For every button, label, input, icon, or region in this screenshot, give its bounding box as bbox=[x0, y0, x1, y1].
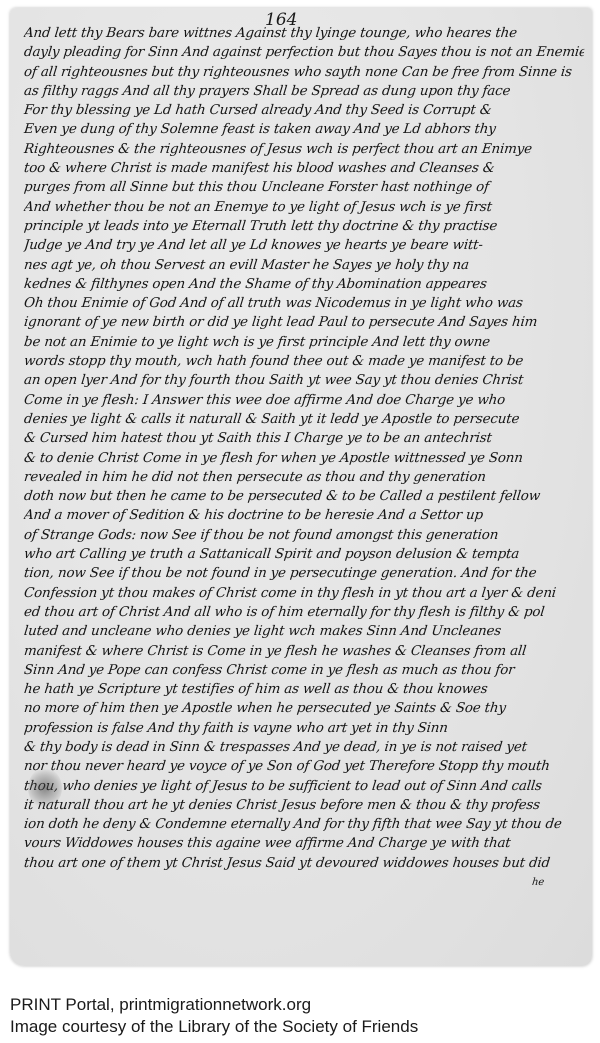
manuscript-line: as filthy raggs And all thy prayers Shal… bbox=[23, 82, 585, 101]
manuscript-line: vours Widdowes houses this againe wee af… bbox=[23, 834, 585, 853]
manuscript-line: an open lyer And for thy fourth thou Sai… bbox=[23, 371, 585, 390]
manuscript-line: luted and uncleane who denies ye light w… bbox=[23, 622, 585, 641]
manuscript-line: be not an Enimie to ye light wch is ye f… bbox=[23, 333, 585, 352]
caption-courtesy-line: Image courtesy of the Library of the Soc… bbox=[10, 1016, 595, 1038]
manuscript-line: too & where Christ is made manifest his … bbox=[23, 159, 585, 178]
manuscript-line: & Cursed him hatest thou yt Saith this I… bbox=[23, 429, 585, 448]
manuscript-line: Come in ye flesh: I Answer this wee doe … bbox=[23, 391, 585, 410]
manuscript-line: no more of him then ye Apostle when he p… bbox=[23, 699, 585, 718]
manuscript-line: who art Calling ye truth a Sattanicall S… bbox=[23, 545, 585, 564]
manuscript-line: denies ye light & calls it naturall & Sa… bbox=[23, 410, 585, 429]
manuscript-line: Confession yt thou makes of Christ come … bbox=[23, 584, 585, 603]
manuscript-line: Righteousnes & the righteousnes of Jesus… bbox=[23, 140, 585, 159]
manuscript-line: doth now but then he came to be persecut… bbox=[23, 487, 585, 506]
manuscript-line: For thy blessing ye Ld hath Cursed alrea… bbox=[23, 101, 585, 120]
manuscript-line: nes agt ye, oh thou Servest an evill Mas… bbox=[23, 256, 585, 275]
manuscript-line: ion doth he deny & Condemne eternally An… bbox=[23, 815, 585, 834]
manuscript-scan: 164 And lett thy Bears bare wittnes Agai… bbox=[0, 0, 600, 978]
marginal-note: he bbox=[23, 873, 585, 892]
manuscript-line: & to denie Christ Come in ye flesh for w… bbox=[23, 449, 585, 468]
manuscript-line: he hath ye Scripture yt testifies of him… bbox=[23, 680, 585, 699]
manuscript-text: And lett thy Bears bare wittnes Against … bbox=[24, 24, 584, 892]
manuscript-page: 164 And lett thy Bears bare wittnes Agai… bbox=[10, 8, 592, 966]
manuscript-line: thou art one of them yt Christ Jesus Sai… bbox=[23, 854, 585, 873]
manuscript-line: of all righteousnes but thy righteousnes… bbox=[23, 63, 585, 82]
manuscript-line: And lett thy Bears bare wittnes Against … bbox=[23, 24, 585, 43]
manuscript-line: And a mover of Sedition & his doctrine t… bbox=[23, 506, 585, 525]
manuscript-line: & thy body is dead in Sinn & trespasses … bbox=[23, 738, 585, 757]
manuscript-line: Judge ye And try ye And let all ye Ld kn… bbox=[23, 236, 585, 255]
manuscript-line: dayly pleading for Sinn And against perf… bbox=[23, 43, 585, 62]
manuscript-line: And whether thou be not an Enemye to ye … bbox=[23, 198, 585, 217]
manuscript-line: Even ye dung of thy Solemne feast is tak… bbox=[23, 120, 585, 139]
manuscript-line: manifest & where Christ is Come in ye fl… bbox=[23, 642, 585, 661]
manuscript-line: principle yt leads into ye Eternall Trut… bbox=[23, 217, 585, 236]
manuscript-line: nor thou never heard ye voyce of ye Son … bbox=[23, 757, 585, 776]
manuscript-line: tion, now See if thou be not found in ye… bbox=[23, 564, 585, 583]
ink-stain bbox=[28, 768, 62, 808]
manuscript-line: purges from all Sinne but this thou Uncl… bbox=[23, 178, 585, 197]
manuscript-line: it naturall thou art he yt denies Christ… bbox=[23, 796, 585, 815]
manuscript-line: ed thou art of Christ And all who is of … bbox=[23, 603, 585, 622]
manuscript-line: thou, who denies ye light of Jesus to be… bbox=[23, 777, 585, 796]
manuscript-line: Oh thou Enimie of God And of all truth w… bbox=[23, 294, 585, 313]
manuscript-line: of Strange Gods: now See if thou be not … bbox=[23, 526, 585, 545]
manuscript-line: profession is false And thy faith is vay… bbox=[23, 719, 585, 738]
manuscript-line: ignorant of ye new birth or did ye light… bbox=[23, 313, 585, 332]
manuscript-line: revealed in him he did not then persecut… bbox=[23, 468, 585, 487]
manuscript-line: Sinn And ye Pope can confess Christ come… bbox=[23, 661, 585, 680]
manuscript-line: kednes & filthynes open And the Shame of… bbox=[23, 275, 585, 294]
image-credit-caption: PRINT Portal, printmigrationnetwork.org … bbox=[10, 994, 595, 1038]
manuscript-line: words stopp thy mouth, wch hath found th… bbox=[23, 352, 585, 371]
caption-source-line: PRINT Portal, printmigrationnetwork.org bbox=[10, 994, 595, 1016]
